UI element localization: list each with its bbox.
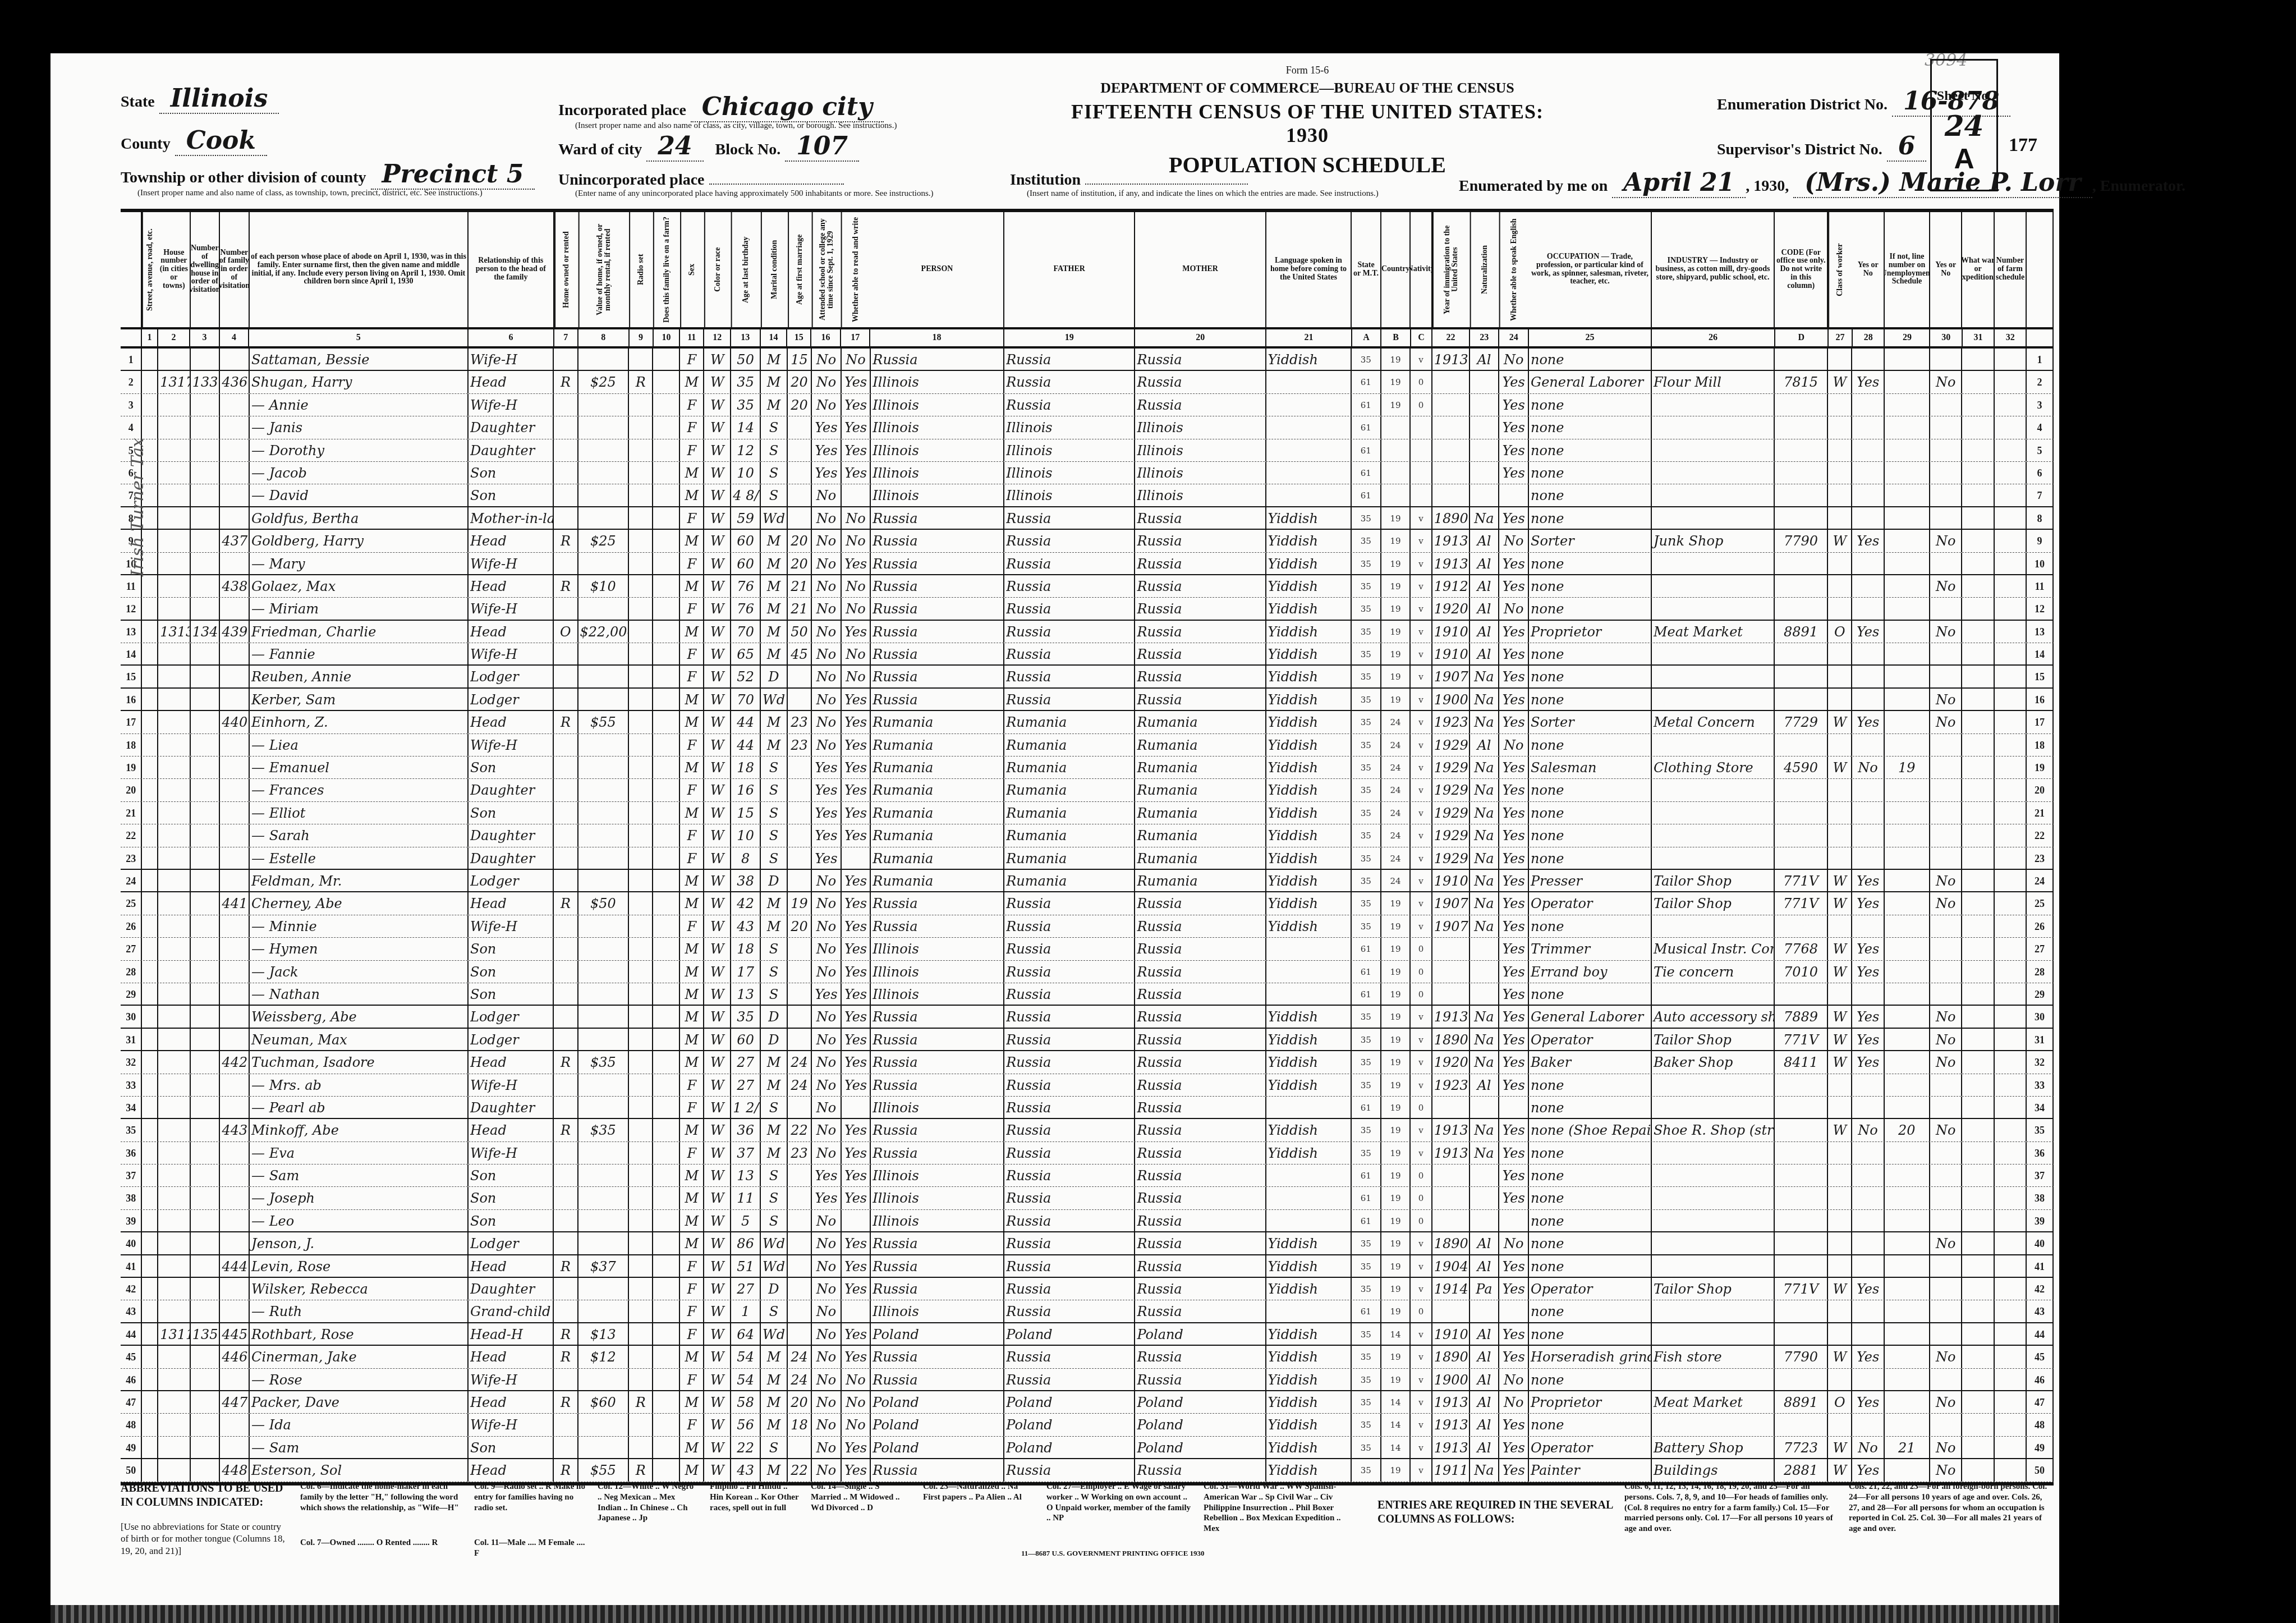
cell-code [1775, 462, 1828, 484]
cell-mar: M [761, 1346, 788, 1368]
cell-eng: Yes [1499, 915, 1529, 937]
cell-radio [629, 1006, 653, 1027]
cell-fs [1995, 530, 2027, 552]
cell-fs [1995, 892, 2027, 914]
column-number-ca: A [1352, 329, 1382, 346]
table-row: 441311135445Rothbart, RoseHead-HR$13FW64… [121, 1323, 2054, 1346]
cell-house [158, 1414, 190, 1436]
cell-school: No [812, 553, 842, 574]
cell-cls [1828, 1300, 1852, 1322]
cell-cb: 19 [1381, 1300, 1411, 1322]
cell-imm: 1913 [1432, 1006, 1470, 1027]
cell-street [142, 1006, 158, 1027]
cell-line: 42 [121, 1278, 142, 1300]
column-header-radio: Radio set [629, 212, 653, 327]
cell-val [578, 870, 630, 891]
ward-value: 24 [646, 132, 703, 162]
cell-rel: Daughter [469, 1278, 554, 1300]
cell-vet [1930, 349, 1962, 370]
cell-bp: Illinois [871, 394, 1004, 416]
cell-dwelling [191, 1300, 221, 1322]
cell-eng: Yes [1499, 1187, 1529, 1209]
cell-cls [1828, 1414, 1852, 1436]
cell-dwelling [191, 892, 221, 914]
cell-radio [629, 484, 653, 506]
cell-fs [1995, 575, 2027, 597]
cell-bpf: Poland [1004, 1391, 1135, 1413]
cell-own [554, 915, 578, 937]
cell-name: — Dorothy [250, 439, 469, 461]
cell-farm [653, 1278, 680, 1300]
cell-lang: Yiddish [1266, 1142, 1352, 1164]
cell-family [220, 349, 250, 370]
cell-cls [1828, 575, 1852, 597]
cell-cc: 0 [1411, 961, 1432, 983]
cell-school: Yes [812, 1187, 842, 1209]
cell-lang [1266, 1164, 1352, 1186]
cell-ca: 61 [1352, 938, 1381, 960]
cell-age: 35 [731, 371, 761, 393]
table-row: 49— SamSonMW22SNoYesPolandPolandPolandYi… [121, 1437, 2054, 1459]
cell-sex: F [680, 1300, 704, 1322]
cell-rel: Son [469, 1187, 554, 1209]
column-header-race: Color or race [704, 212, 731, 327]
cell-sex: F [680, 507, 704, 529]
cell-line: 33 [121, 1074, 142, 1096]
cell-ind [1652, 439, 1775, 461]
cell-school: Yes [812, 983, 842, 1005]
table-row: 32442Tuchman, IsadoreHeadR$35MW27M24NoYe… [121, 1051, 2054, 1074]
cell-sex: M [680, 1164, 704, 1186]
cell-cls [1828, 1097, 1852, 1118]
cell-vet: No [1930, 870, 1962, 891]
cell-cb: 24 [1381, 847, 1411, 869]
cell-read: Yes [842, 1346, 871, 1368]
cell-family [220, 938, 250, 960]
cell-house [158, 575, 190, 597]
cell-eng: Yes [1499, 1119, 1529, 1141]
cell-imm [1432, 439, 1470, 461]
cell-work [1852, 915, 1884, 937]
column-number-radio: 9 [630, 329, 654, 346]
cell-radio [629, 1278, 653, 1300]
cell-own [554, 757, 578, 778]
cell-house [158, 1300, 190, 1322]
cell-vet [1930, 598, 1962, 619]
incorporated-value: Chicago city [691, 93, 884, 122]
cell-age: 59 [731, 507, 761, 529]
cell-family [220, 394, 250, 416]
cell-bp: Russia [871, 1119, 1004, 1141]
column-number-line [121, 329, 142, 346]
cell-unemp [1885, 1097, 1930, 1118]
cell-bpm: Russia [1135, 1006, 1266, 1027]
cell-occ: Painter [1529, 1459, 1652, 1481]
cell-eng: Yes [1499, 824, 1529, 846]
cell-unemp [1885, 1210, 1930, 1231]
cell-lang [1266, 484, 1352, 506]
cell-imm [1432, 1097, 1470, 1118]
cell-family: 436 [220, 371, 250, 393]
cell-read: Yes [842, 394, 871, 416]
cell-read: Yes [842, 1164, 871, 1186]
cell-val [578, 666, 630, 687]
cell-name: Esterson, Sol [250, 1459, 469, 1481]
cell-rel: Daughter [469, 1097, 554, 1118]
cell-code: 7790 [1775, 530, 1828, 552]
cell-rel: Daughter [469, 439, 554, 461]
cell-name: Jenson, J. [250, 1232, 469, 1254]
cell-school: No [812, 371, 842, 393]
cell-rel: Wife-H [469, 394, 554, 416]
cell-unemp [1885, 643, 1930, 664]
cell-cb: 19 [1381, 1278, 1411, 1300]
cell-occ: none [1529, 1369, 1652, 1390]
cell-occ: Sorter [1529, 711, 1652, 733]
cell-ca: 35 [1352, 1414, 1381, 1436]
cell-race: W [704, 1255, 731, 1277]
cell-farm [653, 824, 680, 846]
cell-age: 51 [731, 1255, 761, 1277]
cell-fs [1995, 553, 2027, 574]
cell-cb: 19 [1381, 553, 1411, 574]
cell-val: $55 [578, 711, 630, 733]
cell-bpm: Russia [1135, 1119, 1266, 1141]
cell-read: No [842, 349, 871, 370]
cell-race: W [704, 1187, 731, 1209]
cell-agem [788, 1232, 812, 1254]
cell-cc: v [1411, 598, 1432, 619]
cell-cc: 0 [1411, 1210, 1432, 1231]
cell-read: No [842, 643, 871, 664]
cell-age: 44 [731, 711, 761, 733]
cell-radio [629, 1437, 653, 1458]
cell-line2: 26 [2027, 915, 2054, 937]
cell-dwelling [191, 1232, 221, 1254]
form-title: Form 15-6 DEPARTMENT OF COMMERCE—BUREAU … [1055, 65, 1560, 178]
cell-eng: Yes [1499, 462, 1529, 484]
cell-house [158, 1164, 190, 1186]
cell-lang: Yiddish [1266, 757, 1352, 778]
cell-vet [1930, 1278, 1962, 1300]
cell-lang [1266, 371, 1352, 393]
cell-lang: Yiddish [1266, 1414, 1352, 1436]
cell-house [158, 1029, 190, 1050]
table-row: 16Kerber, SamLodgerMW70WdNoYesRussiaRuss… [121, 689, 2054, 711]
cell-nat: Al [1470, 643, 1500, 664]
cell-line2: 22 [2027, 824, 2054, 846]
cell-ca: 61 [1352, 983, 1381, 1005]
cell-ind: Tailor Shop [1652, 892, 1775, 914]
cell-fs [1995, 1074, 2027, 1096]
cell-radio [629, 553, 653, 574]
cell-agem [788, 1029, 812, 1050]
cell-farm [653, 507, 680, 529]
column-header-imm: Year of immigration to the United States [1432, 212, 1470, 327]
cell-dwelling [191, 1097, 221, 1118]
cell-fs [1995, 416, 2027, 438]
cell-agem [788, 1255, 812, 1277]
cell-agem [788, 666, 812, 687]
cell-house [158, 349, 190, 370]
cell-lang: Yiddish [1266, 915, 1352, 937]
cell-race: W [704, 1369, 731, 1390]
cell-mar: Wd [761, 1323, 788, 1345]
cell-war [1962, 575, 1994, 597]
cell-code [1775, 1323, 1828, 1345]
cell-radio [629, 621, 653, 643]
cell-line2: 48 [2027, 1414, 2054, 1436]
cell-ind [1652, 1210, 1775, 1231]
cell-own [554, 779, 578, 801]
cell-fs [1995, 598, 2027, 619]
cell-ind [1652, 643, 1775, 664]
cell-rel: Wife-H [469, 1369, 554, 1390]
cell-occ: Operator [1529, 1437, 1652, 1458]
cell-cls: W [1828, 892, 1852, 914]
cell-bpm: Poland [1135, 1414, 1266, 1436]
cell-war [1962, 915, 1994, 937]
cell-bpm: Poland [1135, 1437, 1266, 1458]
cell-farm [653, 484, 680, 506]
county-field: CountyCook [121, 126, 267, 155]
cell-agem [788, 779, 812, 801]
cell-line2: 38 [2027, 1187, 2054, 1209]
cell-family: 439 [220, 621, 250, 643]
cell-bpm: Illinois [1135, 462, 1266, 484]
cell-line2: 6 [2027, 462, 2054, 484]
cell-bp: Illinois [871, 938, 1004, 960]
cell-war [1962, 1187, 1994, 1209]
cell-school: Yes [812, 462, 842, 484]
cell-imm: 1910 [1432, 643, 1470, 664]
cell-unemp [1885, 983, 1930, 1005]
population-table: Street, avenue, road, etc.House number (… [121, 209, 2054, 1486]
cell-unemp [1885, 484, 1930, 506]
cell-cc [1411, 462, 1432, 484]
column-header-name: of each person whose place of abode on A… [250, 212, 469, 327]
sheet-number: 24 [1945, 109, 1984, 143]
cell-bp: Illinois [871, 1164, 1004, 1186]
cell-house [158, 1369, 190, 1390]
cell-line2: 45 [2027, 1346, 2054, 1368]
column-number-code: D [1775, 329, 1829, 346]
abbrev-title: ABBREVIATIONS TO BE USED IN COLUMNS INDI… [121, 1482, 289, 1510]
cell-agem [788, 1097, 812, 1118]
table-row: 22— SarahDaughterFW10SYesYesRumaniaRuman… [121, 824, 2054, 847]
cell-ind: Battery Shop [1652, 1437, 1775, 1458]
column-number-bp: 18 [870, 329, 1004, 346]
cell-own [554, 598, 578, 619]
cell-sex: M [680, 621, 704, 643]
cell-vet [1930, 961, 1962, 983]
cell-house [158, 416, 190, 438]
cell-family [220, 416, 250, 438]
cell-eng: Yes [1499, 711, 1529, 733]
cell-name: — David [250, 484, 469, 506]
cell-read: Yes [842, 1029, 871, 1050]
cell-school: Yes [812, 757, 842, 778]
cell-race: W [704, 1164, 731, 1186]
cell-street [142, 1029, 158, 1050]
cell-farm [653, 416, 680, 438]
cell-school: Yes [812, 779, 842, 801]
cell-street [142, 734, 158, 756]
cell-radio [629, 1323, 653, 1345]
cell-rel: Son [469, 938, 554, 960]
table-row: 12— MiriamWife-HFW76M21NoNoRussiaRussiaR… [121, 598, 2054, 620]
column-number-cls: 27 [1829, 329, 1853, 346]
cell-own [554, 1300, 578, 1322]
table-row: 37— SamSonMW13SYesYesIllinoisRussiaRussi… [121, 1164, 2054, 1187]
cell-dwelling [191, 575, 221, 597]
cell-fs [1995, 1232, 2027, 1254]
cell-ind: Meat Market [1652, 1391, 1775, 1413]
cell-agem: 24 [788, 1051, 812, 1073]
cell-cb [1381, 462, 1411, 484]
cell-line: 46 [121, 1369, 142, 1390]
cell-agem [788, 847, 812, 869]
cell-street [142, 802, 158, 824]
cell-rel: Daughter [469, 847, 554, 869]
cell-cc: v [1411, 1232, 1432, 1254]
cell-ind [1652, 689, 1775, 710]
cell-line: 28 [121, 961, 142, 983]
cell-eng: Yes [1499, 1006, 1529, 1027]
cell-lang [1266, 439, 1352, 461]
cell-line: 50 [121, 1459, 142, 1481]
cell-val [578, 439, 630, 461]
cell-vet [1930, 1255, 1962, 1277]
cell-race: W [704, 824, 731, 846]
cell-family [220, 1029, 250, 1050]
cell-ca: 35 [1352, 621, 1381, 643]
cell-school: No [812, 1232, 842, 1254]
cell-mar: M [761, 1142, 788, 1164]
cell-ind [1652, 507, 1775, 529]
cell-sex: F [680, 666, 704, 687]
cell-read: Yes [842, 689, 871, 710]
cell-line2: 35 [2027, 1119, 2054, 1141]
cell-farm [653, 1437, 680, 1458]
cell-work [1852, 643, 1884, 664]
cell-imm [1432, 371, 1470, 393]
cell-name: Feldman, Mr. [250, 870, 469, 891]
cell-cc: v [1411, 1369, 1432, 1390]
cell-agem: 20 [788, 1391, 812, 1413]
cell-imm [1432, 416, 1470, 438]
cell-lang [1266, 983, 1352, 1005]
cell-own [554, 847, 578, 869]
cell-read [842, 1210, 871, 1231]
cell-bp: Rumania [871, 734, 1004, 756]
cell-lang: Yiddish [1266, 689, 1352, 710]
cell-cls: W [1828, 1278, 1852, 1300]
cell-cc: 0 [1411, 983, 1432, 1005]
cell-nat: Na [1470, 915, 1500, 937]
entries-b: Cols. 21, 22, and 23—For all foreign-bor… [1849, 1482, 2051, 1534]
cell-mar: D [761, 666, 788, 687]
cell-age: 36 [731, 1119, 761, 1141]
cell-name: — Sarah [250, 824, 469, 846]
cell-mar: S [761, 1300, 788, 1322]
cell-own [554, 484, 578, 506]
cell-line2: 43 [2027, 1300, 2054, 1322]
cell-dwelling [191, 938, 221, 960]
cell-ind [1652, 1142, 1775, 1164]
cell-vet: No [1930, 530, 1962, 552]
cell-mar: S [761, 824, 788, 846]
cell-line2: 42 [2027, 1278, 2054, 1300]
cell-bpm: Rumania [1135, 870, 1266, 891]
cell-bpf: Rumania [1004, 757, 1135, 778]
cell-nat: Al [1470, 530, 1500, 552]
cell-race: W [704, 484, 731, 506]
cell-agem: 18 [788, 1414, 812, 1436]
cell-line2: 5 [2027, 439, 2054, 461]
cell-work [1852, 462, 1884, 484]
cell-line: 1 [121, 349, 142, 370]
cell-read: Yes [842, 711, 871, 733]
cell-code [1775, 575, 1828, 597]
cell-rel: Daughter [469, 824, 554, 846]
cell-vet [1930, 507, 1962, 529]
cell-imm: 1929 [1432, 847, 1470, 869]
cell-radio: R [629, 1459, 653, 1481]
cell-rel: Son [469, 1210, 554, 1231]
cell-farm [653, 1369, 680, 1390]
cell-val [578, 1187, 630, 1209]
cell-bpm: Russia [1135, 507, 1266, 529]
cell-ca: 35 [1352, 1029, 1381, 1050]
cell-school: No [812, 734, 842, 756]
cell-ca: 35 [1352, 757, 1381, 778]
cell-farm [653, 575, 680, 597]
cell-bpm: Russia [1135, 1255, 1266, 1277]
cell-agem: 20 [788, 394, 812, 416]
cell-eng [1499, 484, 1529, 506]
column-header-cls: Class of worker [1828, 212, 1852, 327]
cell-bp: Russia [871, 1278, 1004, 1300]
cell-occ: Proprietor [1529, 1391, 1652, 1413]
cell-fs [1995, 734, 2027, 756]
cell-nat: Al [1470, 349, 1500, 370]
cell-cls [1828, 484, 1852, 506]
cell-radio [629, 462, 653, 484]
cell-sex: F [680, 1278, 704, 1300]
table-row: 41444Levin, RoseHeadR$37FW51WdNoYesRussi… [121, 1255, 2054, 1278]
cell-unemp [1885, 530, 1930, 552]
table-row: 8Goldfus, BerthaMother-in-lawFW59WdNoNoR… [121, 507, 2054, 530]
cell-cb: 19 [1381, 598, 1411, 619]
cell-cc: v [1411, 507, 1432, 529]
cell-code: 7723 [1775, 1437, 1828, 1458]
cell-sex: M [680, 892, 704, 914]
cell-val: $35 [578, 1051, 630, 1073]
cell-bpm: Illinois [1135, 484, 1266, 506]
column-header-school: Attended school or college any time sinc… [812, 212, 842, 327]
cell-family [220, 1232, 250, 1254]
cell-occ: Salesman [1529, 757, 1652, 778]
cell-name: Neuman, Max [250, 1029, 469, 1050]
cell-unemp [1885, 416, 1930, 438]
cell-cls: W [1828, 1459, 1852, 1481]
cell-ca: 35 [1352, 643, 1381, 664]
cell-ca: 35 [1352, 1006, 1381, 1027]
cell-own [554, 961, 578, 983]
cell-fs [1995, 1300, 2027, 1322]
cell-ca: 35 [1352, 349, 1381, 370]
